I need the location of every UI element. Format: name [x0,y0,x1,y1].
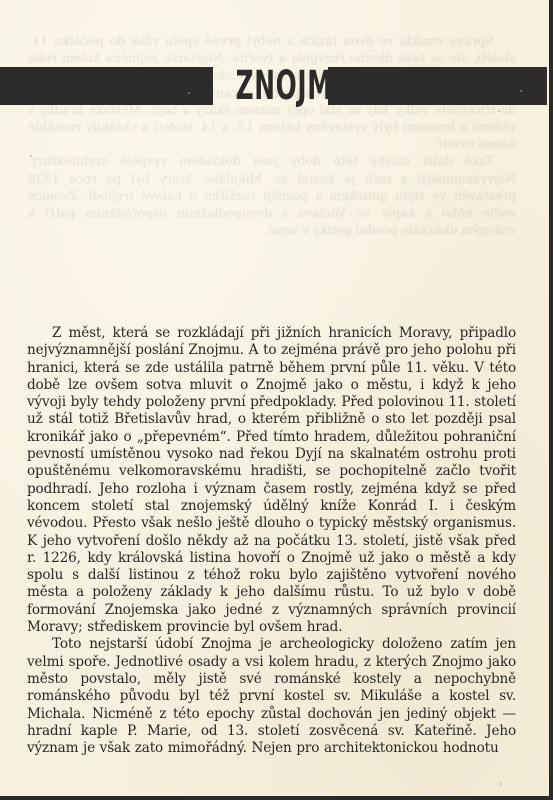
article-body: Z měst, která se rozkládají při jižních … [27,325,516,757]
title-banner: ZNOJMO [0,67,549,105]
paragraph: Toto nejstarší údobí Znojma je archeolog… [27,636,516,757]
title-bar-left [0,67,213,105]
title-bar-right [328,67,547,105]
paragraph: Z měst, která se rozkládají při jižních … [27,325,516,636]
page-title: ZNOJMO [236,64,307,108]
document-page: Sprava vznikla ve dvou fázích a nebyl pr… [0,0,549,796]
